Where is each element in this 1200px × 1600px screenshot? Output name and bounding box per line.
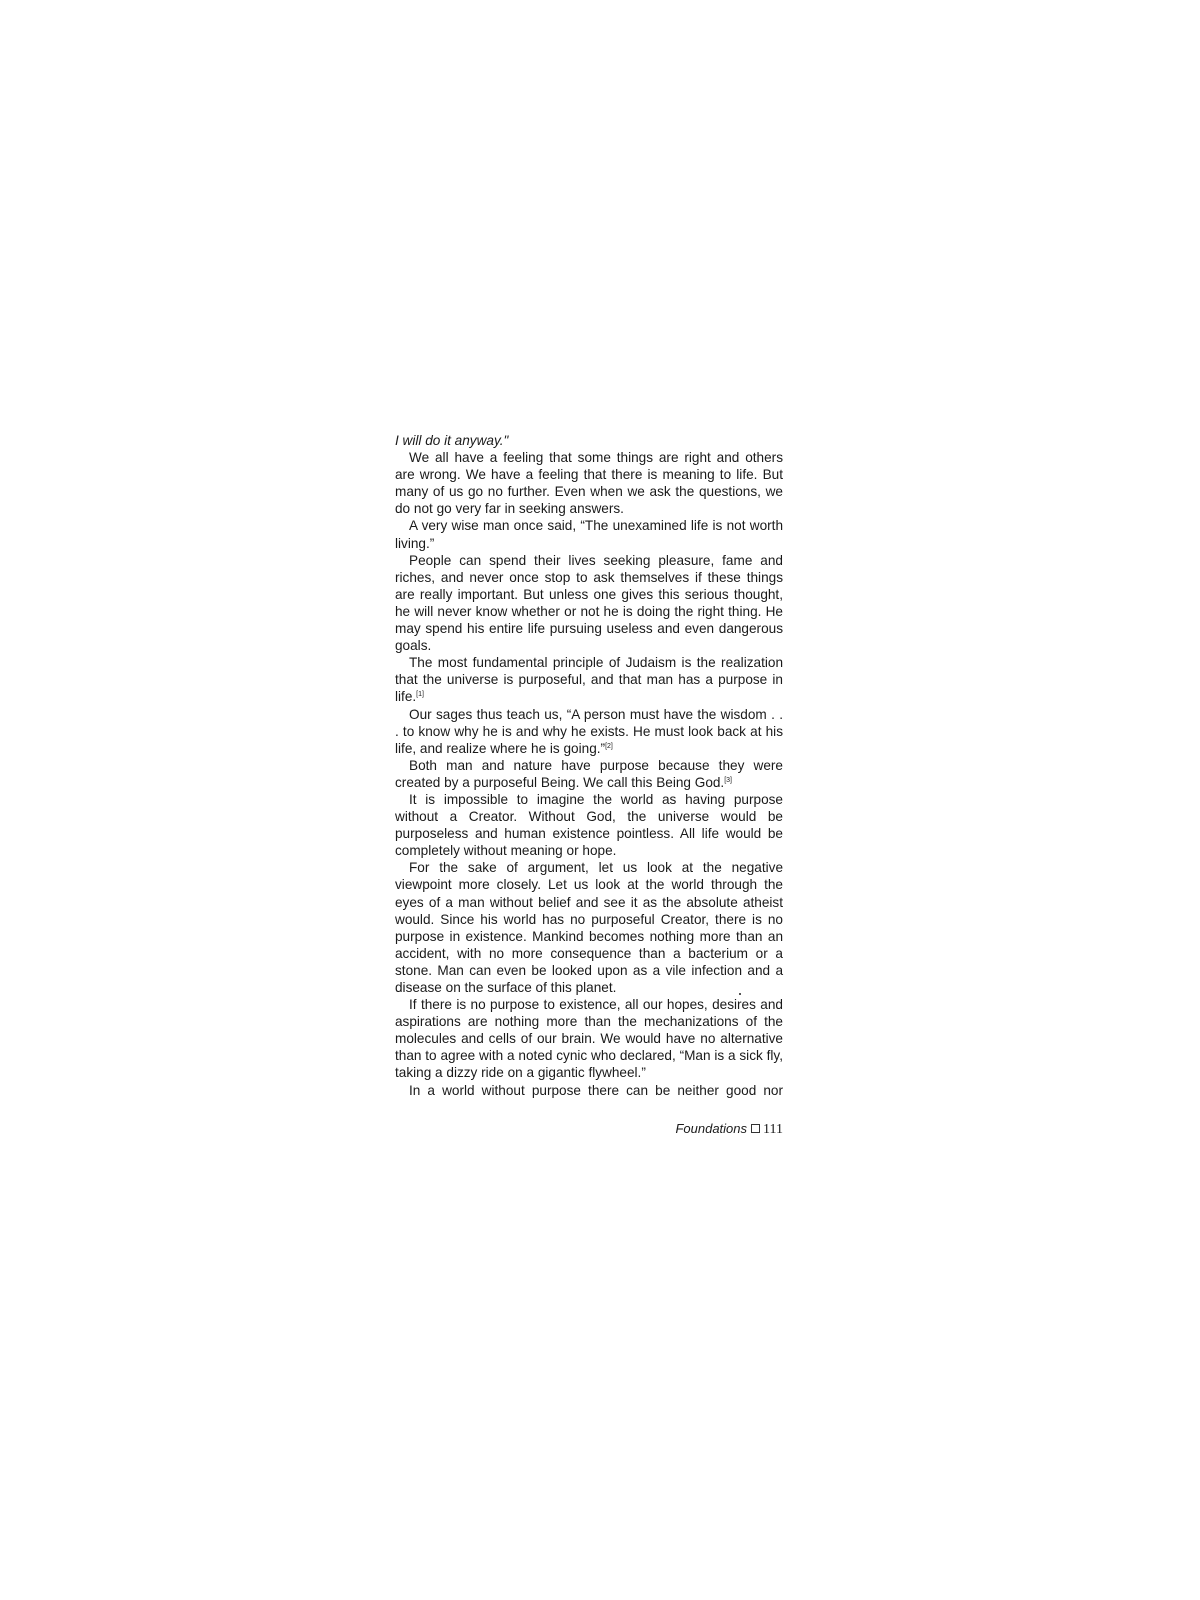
paragraph-text: In a world without purpose there can be …: [409, 1083, 783, 1098]
opening-line: I will do it anyway.": [395, 432, 783, 449]
paragraph-6: Both man and nature have purpose because…: [395, 757, 783, 791]
paragraph-1: We all have a feeling that some things a…: [395, 449, 783, 517]
footnote-marker-1[interactable]: [1]: [416, 691, 424, 698]
paragraph-text: If there is no purpose to existence, all…: [395, 997, 783, 1080]
paragraph-text: Our sages thus teach us, “A person must …: [395, 707, 783, 756]
running-head: Foundations: [675, 1121, 747, 1136]
paragraph-10: In a world without purpose there can be …: [395, 1082, 783, 1099]
paragraph-text: People can spend their lives seeking ple…: [395, 553, 783, 653]
paragraph-text: It is impossible to imagine the world as…: [395, 792, 783, 858]
page-body: I will do it anyway." We all have a feel…: [395, 432, 783, 1099]
paragraph-text: For the sake of argument, let us look at…: [395, 860, 783, 995]
paragraph-text: Both man and nature have purpose because…: [395, 758, 783, 790]
paragraph-text: We all have a feeling that some things a…: [395, 450, 783, 516]
paragraph-text: A very wise man once said, “The unexamin…: [395, 518, 783, 550]
footnote-marker-3[interactable]: [3]: [724, 777, 732, 784]
paragraph-4: The most fundamental principle of Judais…: [395, 654, 783, 705]
box-separator-icon: [751, 1124, 760, 1133]
paragraph-5: Our sages thus teach us, “A person must …: [395, 706, 783, 757]
paragraph-7: It is impossible to imagine the world as…: [395, 791, 783, 859]
paragraph-text: The most fundamental principle of Judais…: [395, 655, 783, 704]
paragraph-2: A very wise man once said, “The unexamin…: [395, 517, 783, 551]
footnote-marker-2[interactable]: [2]: [605, 743, 613, 750]
paragraph-9: If there is no purpose to existence, all…: [395, 996, 783, 1081]
scan-speck: [739, 993, 741, 995]
paragraph-8: For the sake of argument, let us look at…: [395, 859, 783, 996]
page-number: 111: [763, 1122, 783, 1137]
paragraph-3: People can spend their lives seeking ple…: [395, 552, 783, 655]
page-footer: Foundations111: [395, 1121, 783, 1138]
